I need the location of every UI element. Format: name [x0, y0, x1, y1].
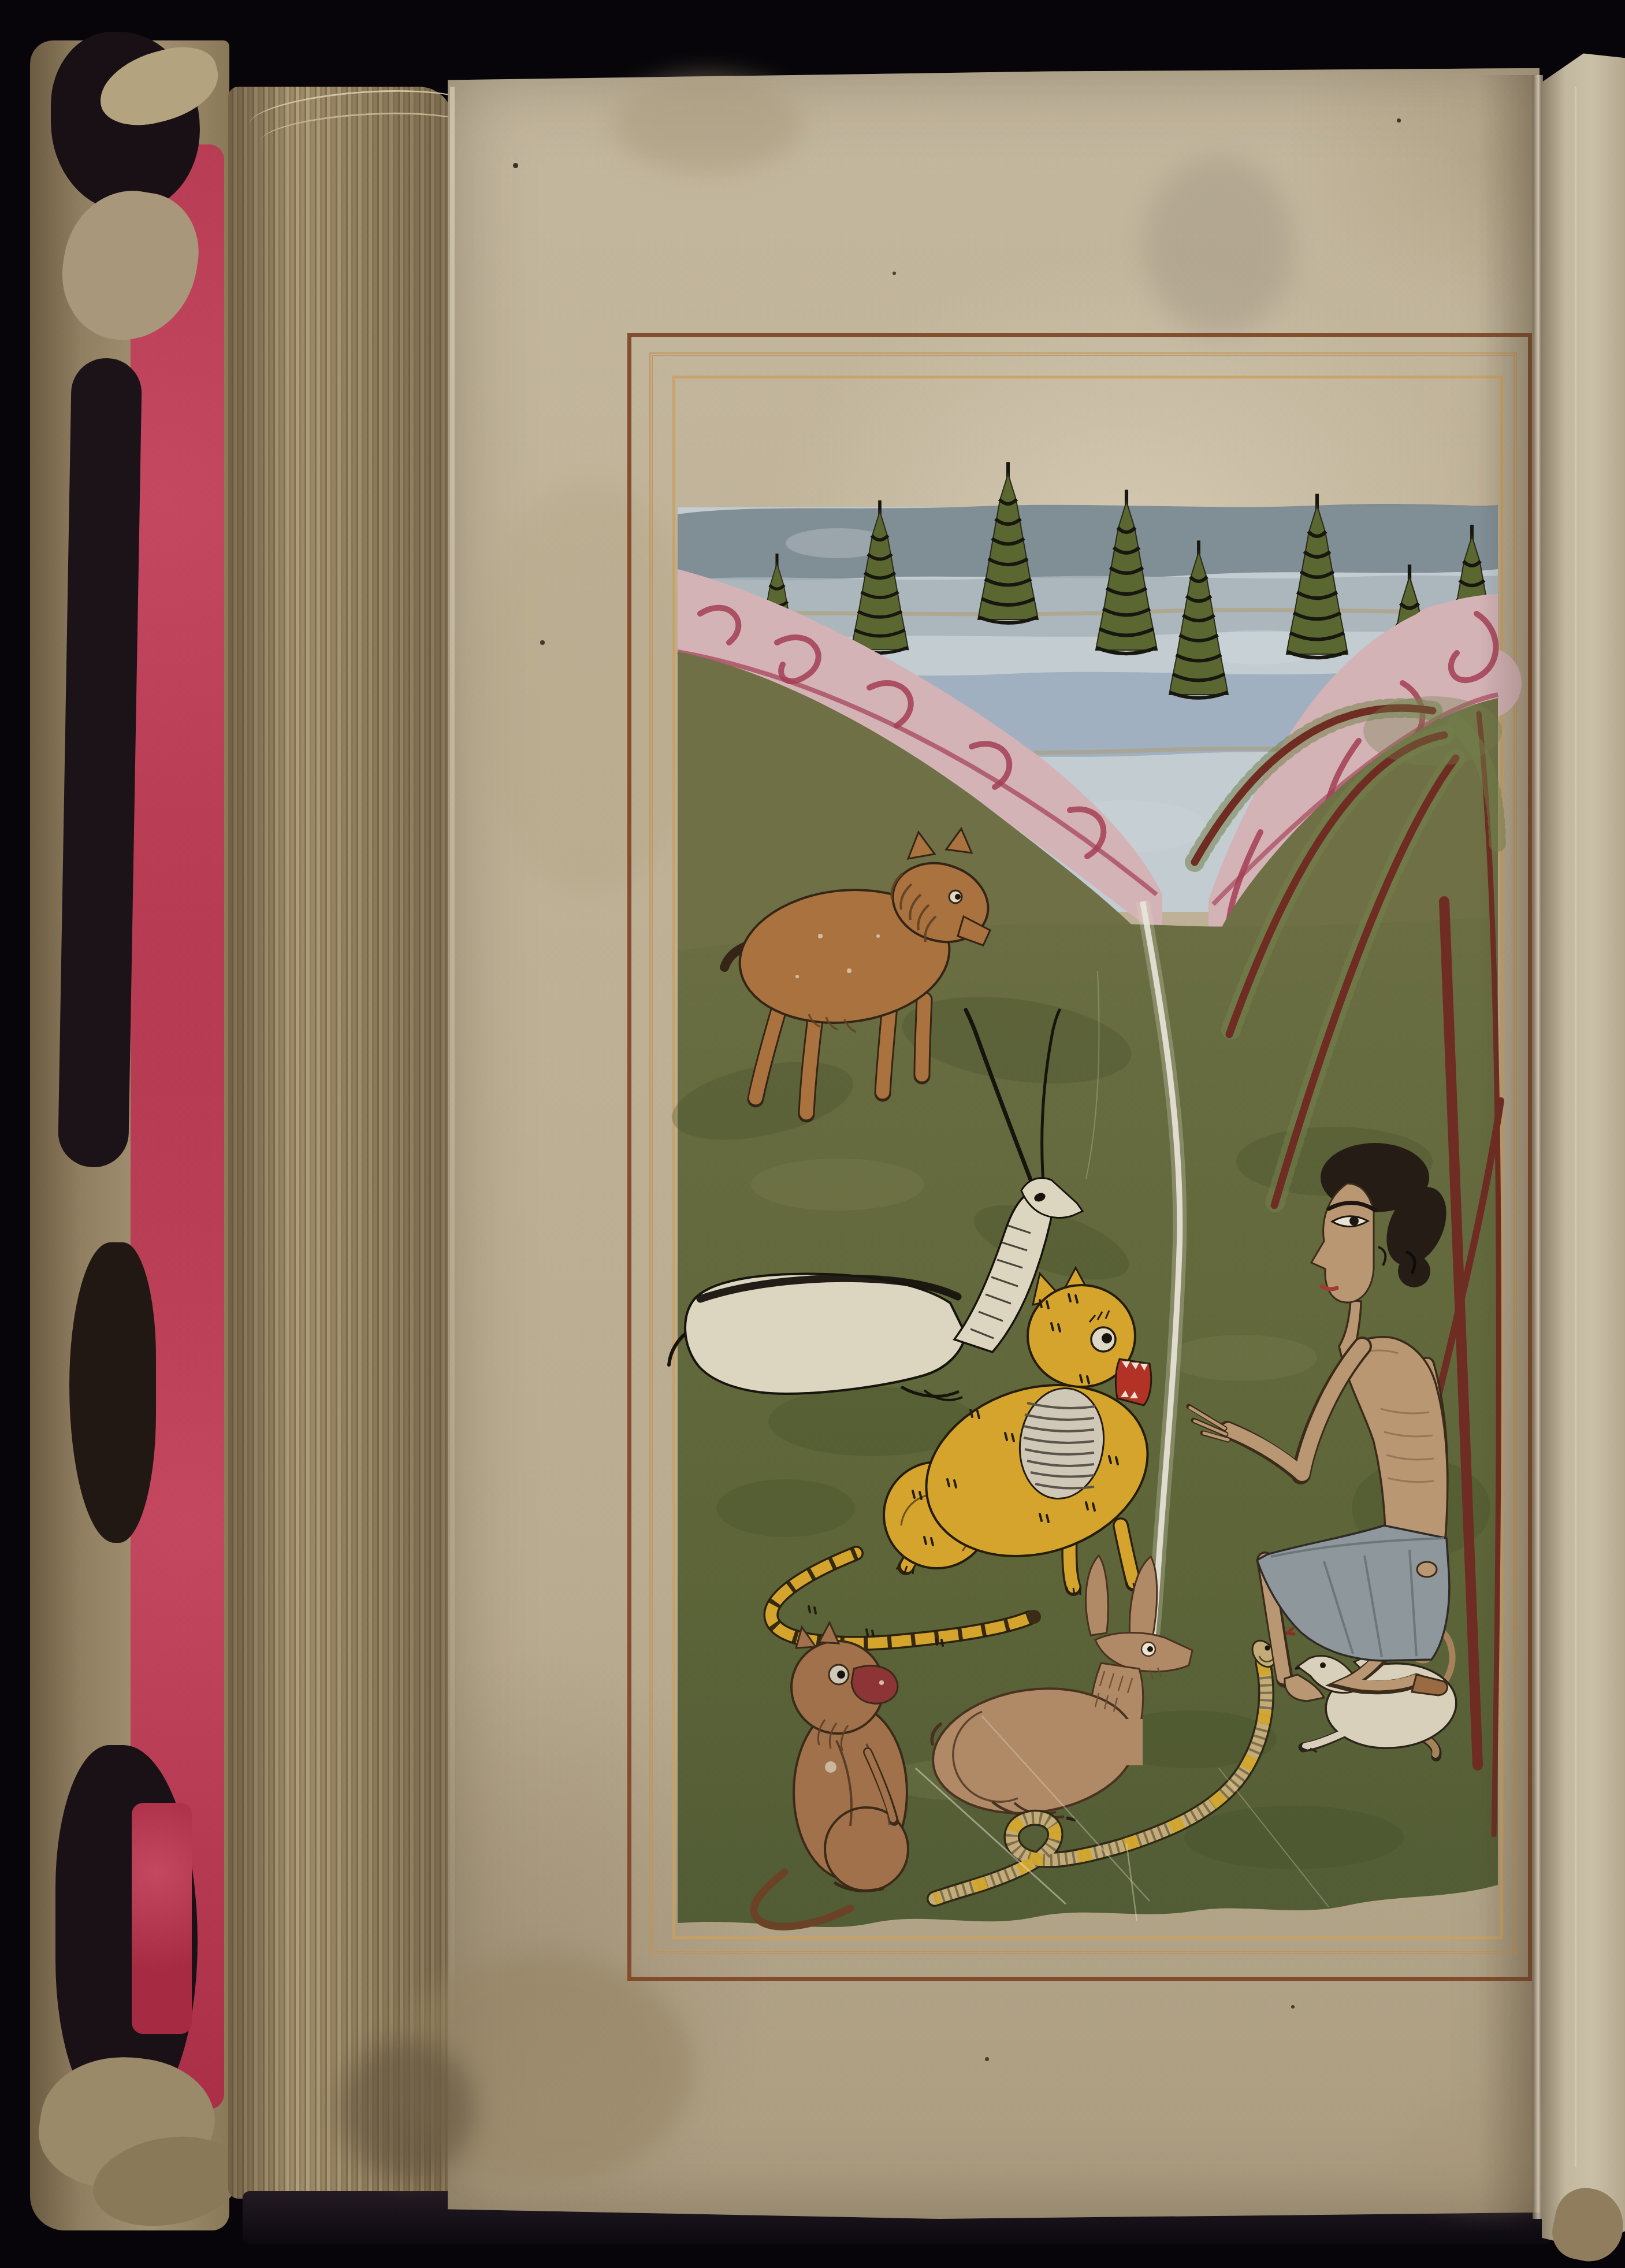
gutter-shadow: [1479, 75, 1540, 2213]
fleck-2: [893, 272, 896, 275]
gutter-fold-highlight: [1533, 75, 1543, 2219]
stain-top-left: [612, 75, 803, 173]
spine-leather-mid-strip: [58, 358, 142, 1168]
manuscript-photo: [0, 0, 1625, 2268]
fleck-4: [540, 640, 545, 645]
fleck-3: [1397, 118, 1401, 123]
fleck-6: [1291, 2005, 1295, 2009]
facing-page-crease: [1575, 87, 1576, 2167]
spine-red-bottom-window: [132, 1803, 192, 2034]
facing-page-sliver: [1542, 34, 1625, 2249]
page-edge-stack: [228, 87, 453, 2199]
page-gutter-highlight: [450, 87, 455, 2196]
stain-top-right: [1144, 156, 1294, 335]
fleck-1: [513, 163, 518, 168]
stain-bottom-left-dark: [341, 2040, 474, 2178]
fleck-5: [985, 2057, 989, 2061]
miniature-painting: [678, 380, 1498, 1935]
